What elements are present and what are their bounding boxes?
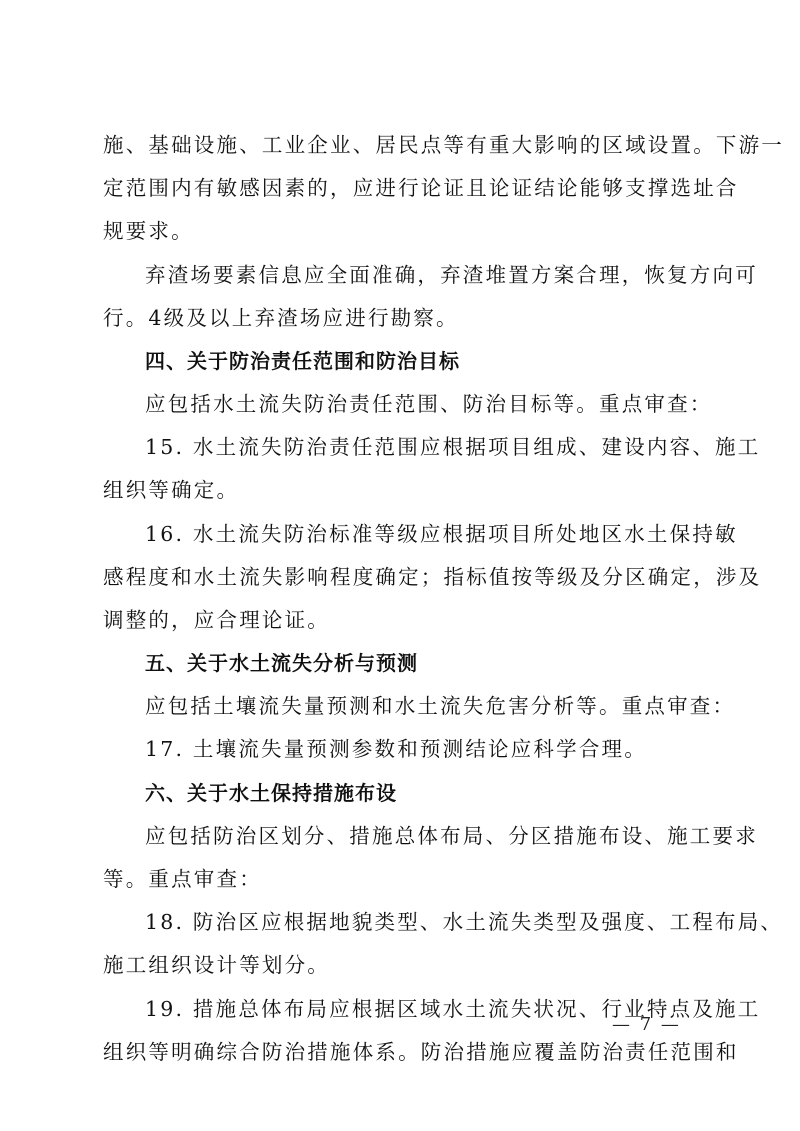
paragraph-line: 16. 水土流失防治标准等级应根据项目所处地区水土保持敏 [145, 519, 699, 549]
paragraph-line: 组织等明确综合防治措施体系。防治措施应覆盖防治责任范围和 [103, 1037, 699, 1067]
section-heading-6: 六、关于水土保持措施布设 [145, 778, 397, 808]
paragraph-line: 应包括土壤流失量预测和水土流失危害分析等。重点审查： [145, 691, 735, 721]
paragraph-line: 应包括防治区划分、措施总体布局、分区措施布设、施工要求 [145, 821, 699, 851]
paragraph-line: 15. 水土流失防治责任范围应根据项目组成、建设内容、施工 [145, 432, 699, 462]
section-heading-4: 四、关于防治责任范围和防治目标 [145, 346, 460, 376]
paragraph-line: 应包括水土流失防治责任范围、防治目标等。重点审查： [145, 389, 713, 419]
paragraph-line: 定范围内有敏感因素的，应进行论证且论证结论能够支撑选址合 [103, 173, 699, 203]
paragraph-line: 施、基础设施、工业企业、居民点等有重大影响的区域设置。下游一 [103, 130, 699, 160]
paragraph-line: 弃渣场要素信息应全面准确，弃渣堆置方案合理，恢复方向可 [145, 260, 699, 290]
page-number: — 7 — [612, 1014, 681, 1035]
paragraph-line: 17. 土壤流失量预测参数和预测结论应科学合理。 [145, 734, 647, 764]
section-heading-5: 五、关于水土流失分析与预测 [145, 648, 418, 678]
paragraph-line: 组织等确定。 [103, 475, 239, 505]
paragraph-line: 感程度和水土流失影响程度确定；指标值按等级及分区确定，涉及 [103, 562, 699, 592]
paragraph-line: 等。重点审查： [103, 864, 262, 894]
paragraph-line: 施工组织设计等划分。 [103, 950, 330, 980]
paragraph-line: 18. 防治区应根据地貌类型、水土流失类型及强度、工程布局、 [145, 907, 699, 937]
paragraph-line: 行。4级及以上弃渣场应进行勘察。 [103, 303, 459, 333]
paragraph-line: 规要求。 [103, 216, 194, 246]
paragraph-line: 调整的，应合理论证。 [103, 605, 330, 635]
